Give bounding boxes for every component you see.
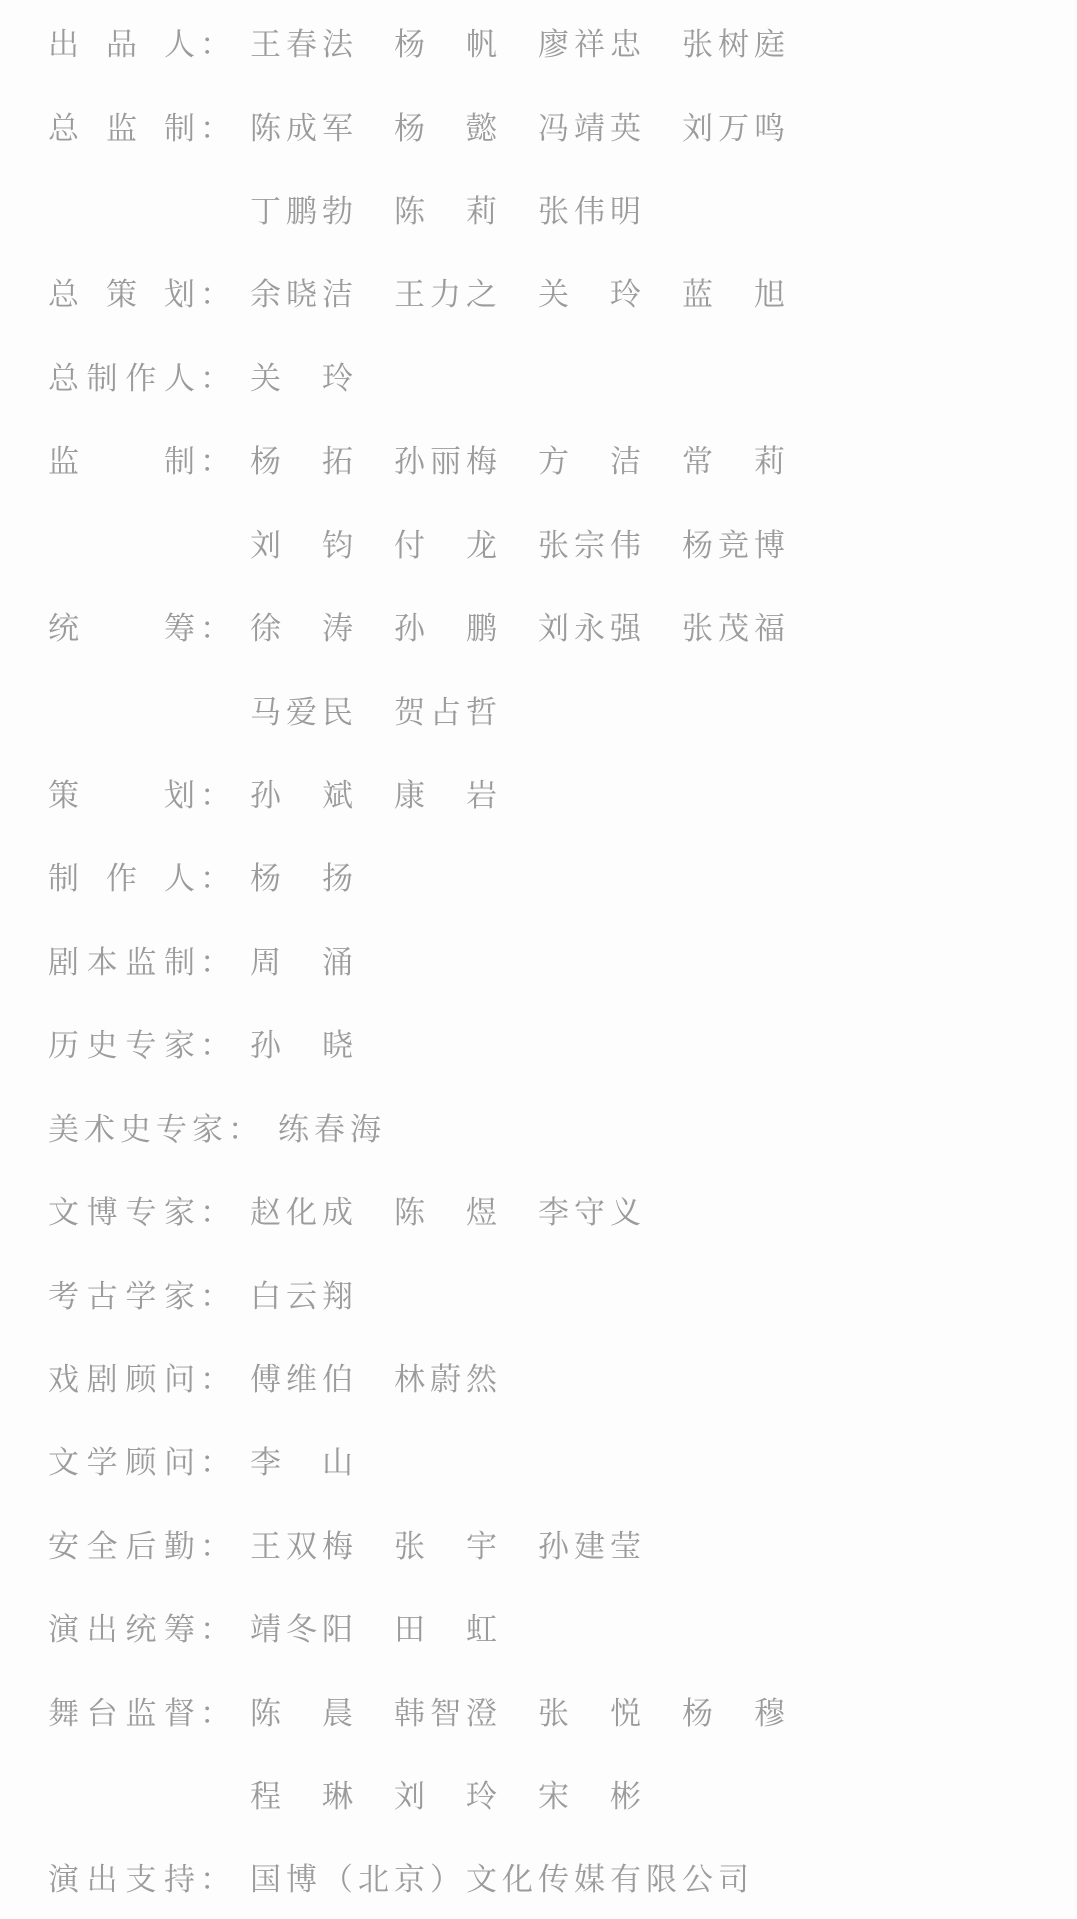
role-colon: ： — [200, 436, 236, 481]
names-text: 周 涌 — [250, 937, 358, 982]
credit-row: 舞台监督：陈 晨 韩智澄 张 悦 杨 穆 — [48, 1668, 1077, 1751]
credit-row: 监制：杨 拓 孙丽梅 方 洁 常 莉 — [48, 417, 1077, 500]
role-label: 演出统筹 — [48, 1604, 200, 1649]
names-text: 丁鹏勃 陈 莉 张伟明 — [250, 186, 646, 231]
role-label: 出品人 — [48, 19, 200, 64]
credit-row: 剧本监制：周 涌 — [48, 918, 1077, 1001]
role-label: 总制作人 — [48, 353, 200, 398]
role-colon: ： — [200, 1187, 236, 1232]
credit-row: ：马爱民 贺占哲 — [48, 667, 1077, 750]
names-text: 杨 扬 — [250, 853, 358, 898]
names-text: 陈 晨 韩智澄 张 悦 杨 穆 — [250, 1688, 790, 1733]
names-text: 关 玲 — [250, 353, 358, 398]
names-text: 孙 斌 康 岩 — [250, 770, 502, 815]
names-text: 练春海 — [278, 1104, 386, 1149]
role-label: 总策划 — [48, 269, 200, 314]
names-text: 杨 拓 孙丽梅 方 洁 常 莉 — [250, 436, 790, 481]
role-label: 制作人 — [48, 853, 200, 898]
names-text: 白云翔 — [250, 1271, 358, 1316]
credit-row: 制作人：杨 扬 — [48, 834, 1077, 917]
credit-row: 演出统筹：靖冬阳 田 虹 — [48, 1585, 1077, 1668]
names-text: 王双梅 张 宇 孙建莹 — [250, 1521, 646, 1566]
role-label: 考古学家 — [48, 1271, 200, 1316]
role-colon: ： — [200, 1688, 236, 1733]
role-label: 美术史专家 — [48, 1104, 228, 1149]
role-label: 戏剧顾问 — [48, 1354, 200, 1399]
role-label: 舞台监督 — [48, 1688, 200, 1733]
role-colon: ： — [200, 269, 236, 314]
role-label: 总监制 — [48, 103, 200, 148]
credit-row: 安全后勤：王双梅 张 宇 孙建莹 — [48, 1502, 1077, 1585]
names-text: 徐 涛 孙 鹏 刘永强 张茂福 — [250, 603, 790, 648]
names-text: 余晓洁 王力之 关 玲 蓝 旭 — [250, 269, 790, 314]
names-text: 赵化成 陈 煜 李守义 — [250, 1187, 646, 1232]
names-text: 国博（北京）文化传媒有限公司 — [250, 1854, 754, 1899]
credit-row: 历史专家：孙 晓 — [48, 1001, 1077, 1084]
role-colon: ： — [200, 937, 236, 982]
credit-row: 出品人：王春法 杨 帆 廖祥忠 张树庭 — [48, 0, 1077, 83]
credit-row: 总策划：余晓洁 王力之 关 玲 蓝 旭 — [48, 250, 1077, 333]
credit-row: 总监制：陈成军 杨 懿 冯靖英 刘万鸣 — [48, 83, 1077, 166]
role-colon: ： — [200, 1854, 236, 1899]
role-colon: ： — [200, 1437, 236, 1482]
credit-row: 戏剧顾问：傅维伯 林蔚然 — [48, 1335, 1077, 1418]
names-text: 靖冬阳 田 虹 — [250, 1604, 502, 1649]
role-colon: ： — [200, 1521, 236, 1566]
credit-row: ：丁鹏勃 陈 莉 张伟明 — [48, 167, 1077, 250]
role-label: 历史专家 — [48, 1020, 200, 1065]
names-text: 孙 晓 — [250, 1020, 358, 1065]
role-label: 文博专家 — [48, 1187, 200, 1232]
role-colon: ： — [200, 1354, 236, 1399]
credit-row: 统筹：徐 涛 孙 鹏 刘永强 张茂福 — [48, 584, 1077, 667]
names-text: 李 山 — [250, 1437, 358, 1482]
role-label: 剧本监制 — [48, 937, 200, 982]
credits-page: 出品人：王春法 杨 帆 廖祥忠 张树庭总监制：陈成军 杨 懿 冯靖英 刘万鸣：丁… — [0, 0, 1077, 1919]
role-colon: ： — [200, 1604, 236, 1649]
credit-row: 策划：孙 斌 康 岩 — [48, 751, 1077, 834]
credit-row: 总制作人：关 玲 — [48, 334, 1077, 417]
role-colon: ： — [200, 19, 236, 64]
names-text: 陈成军 杨 懿 冯靖英 刘万鸣 — [250, 103, 790, 148]
role-label: 文学顾问 — [48, 1437, 200, 1482]
role-label: 统筹 — [48, 603, 200, 648]
credit-row: ：程 琳 刘 玲 宋 彬 — [48, 1752, 1077, 1835]
names-text: 程 琳 刘 玲 宋 彬 — [250, 1771, 646, 1816]
role-colon: ： — [200, 1020, 236, 1065]
role-label: 策划 — [48, 770, 200, 815]
role-colon: ： — [200, 603, 236, 648]
names-text: 马爱民 贺占哲 — [250, 687, 502, 732]
role-label: 监制 — [48, 436, 200, 481]
role-colon: ： — [200, 853, 236, 898]
credit-row: 美术史专家：练春海 — [48, 1084, 1077, 1167]
credit-row: ：刘 钧 付 龙 张宗伟 杨竞博 — [48, 501, 1077, 584]
role-colon: ： — [228, 1104, 264, 1149]
role-colon: ： — [200, 103, 236, 148]
role-label: 安全后勤 — [48, 1521, 200, 1566]
credit-row: 文博专家：赵化成 陈 煜 李守义 — [48, 1168, 1077, 1251]
names-text: 傅维伯 林蔚然 — [250, 1354, 502, 1399]
credit-row: 文学顾问：李 山 — [48, 1418, 1077, 1501]
credit-row: 演出支持：国博（北京）文化传媒有限公司 — [48, 1835, 1077, 1918]
role-colon: ： — [200, 1271, 236, 1316]
names-text: 王春法 杨 帆 廖祥忠 张树庭 — [250, 19, 790, 64]
role-colon: ： — [200, 770, 236, 815]
role-label: 演出支持 — [48, 1854, 200, 1899]
role-colon: ： — [200, 353, 236, 398]
names-text: 刘 钧 付 龙 张宗伟 杨竞博 — [250, 520, 790, 565]
credit-row: 考古学家：白云翔 — [48, 1251, 1077, 1334]
